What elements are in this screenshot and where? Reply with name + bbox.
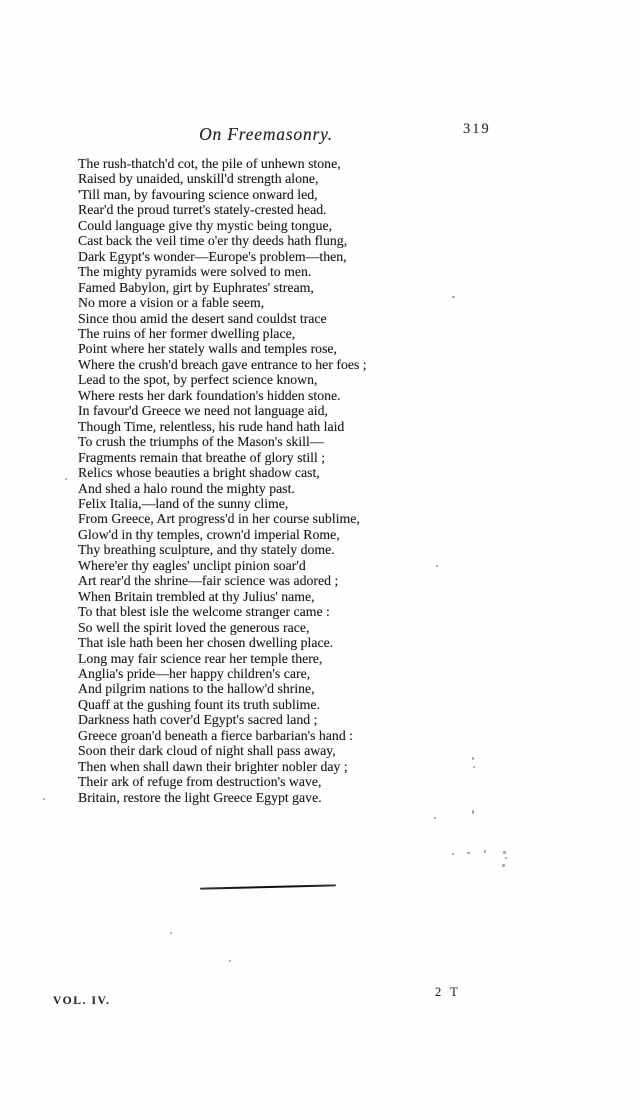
scan-speck — [472, 810, 474, 814]
poem-line: The ruins of her former dwelling place, — [78, 326, 518, 341]
scan-speck — [452, 296, 455, 298]
scan-speck — [43, 798, 45, 800]
poem-line: The rush-thatch'd cot, the pile of unhew… — [78, 156, 518, 171]
section-divider — [200, 884, 336, 889]
poem-line: 'Till man, by favouring science onward l… — [78, 187, 518, 202]
page-title: On Freemasonry. — [80, 124, 452, 145]
poem-line: When Britain trembled at thy Julius' nam… — [78, 589, 518, 604]
poem-line: Lead to the spot, by perfect science kno… — [78, 372, 518, 387]
scan-speck — [170, 932, 172, 934]
scan-speck — [452, 853, 454, 855]
poem-line: Famed Babylon, girt by Euphrates' stream… — [78, 280, 518, 295]
scanned-book-page: On Freemasonry. 319 The rush-thatch'd co… — [0, 0, 640, 1120]
poem-line: Rear'd the proud turret's stately-creste… — [78, 202, 518, 217]
poem-line: Thy breathing sculpture, and thy stately… — [78, 542, 518, 557]
poem-line: Cast back the veil time o'er thy deeds h… — [78, 233, 518, 248]
printer-signature-mark: 2 T — [435, 985, 461, 1000]
poem-line: To that blest isle the welcome stranger … — [78, 604, 518, 619]
scan-speck — [503, 851, 506, 854]
scan-speck — [436, 565, 438, 567]
poem-line: Art rear'd the shrine—fair science was a… — [78, 573, 518, 588]
poem-line: Where rests her dark foundation's hidden… — [78, 388, 518, 403]
poem-line: Fragments remain that breathe of glory s… — [78, 450, 518, 465]
scan-speck — [505, 857, 507, 859]
poem-line: In favour'd Greece we need not language … — [78, 403, 518, 418]
poem-line: Then when shall dawn their brighter nobl… — [78, 759, 518, 774]
poem-line: Relics whose beauties a bright shadow ca… — [78, 465, 518, 480]
scan-speck — [484, 850, 486, 853]
scan-speck — [65, 478, 67, 480]
poem-line: Quaff at the gushing fount its truth sub… — [78, 697, 518, 712]
poem-line: Raised by unaided, unskill'd strength al… — [78, 171, 518, 186]
poem-line: Their ark of refuge from destruction's w… — [78, 774, 518, 789]
poem-line: The mighty pyramids were solved to men. — [78, 264, 518, 279]
poem-line: Long may fair science rear her temple th… — [78, 651, 518, 666]
volume-label: VOL. IV. — [53, 995, 110, 1007]
poem-line: Though Time, relentless, his rude hand h… — [78, 419, 518, 434]
poem-line: Darkness hath cover'd Egypt's sacred lan… — [78, 712, 518, 727]
scan-speck — [472, 757, 474, 760]
poem-body: The rush-thatch'd cot, the pile of unhew… — [78, 156, 518, 805]
scan-speck — [467, 852, 470, 854]
poem-line: Felix Italia,—land of the sunny clime, — [78, 496, 518, 511]
scan-speck — [473, 766, 475, 768]
poem-line: Where the crush'd breach gave entrance t… — [78, 357, 518, 372]
poem-line: Soon their dark cloud of night shall pas… — [78, 743, 518, 758]
poem-line: Since thou amid the desert sand couldst … — [78, 311, 518, 326]
poem-line: Anglia's pride—her happy children's care… — [78, 666, 518, 681]
poem-line: From Greece, Art progress'd in her cours… — [78, 511, 518, 526]
poem-line: Glow'd in thy temples, crown'd imperial … — [78, 527, 518, 542]
poem-line: Greece groan'd beneath a fierce barbaria… — [78, 728, 518, 743]
poem-line: And pilgrim nations to the hallow'd shri… — [78, 681, 518, 696]
poem-line: Point where her stately walls and temple… — [78, 341, 518, 356]
page-number: 319 — [463, 121, 491, 138]
poem-line: And shed a halo round the mighty past. — [78, 481, 518, 496]
poem-line: To crush the triumphs of the Mason's ski… — [78, 434, 518, 449]
scan-speck — [434, 817, 436, 819]
scan-speck — [229, 960, 231, 962]
poem-line: Britain, restore the light Greece Egypt … — [78, 790, 518, 805]
poem-line: That isle hath been her chosen dwelling … — [78, 635, 518, 650]
poem-line: Where'er thy eagles' unclipt pinion soar… — [78, 558, 518, 573]
poem-line: So well the spirit loved the generous ra… — [78, 620, 518, 635]
poem-line: Could language give thy mystic being ton… — [78, 218, 518, 233]
poem-line: Dark Egypt's wonder—Europe's problem—the… — [78, 249, 518, 264]
scan-speck — [502, 864, 505, 867]
